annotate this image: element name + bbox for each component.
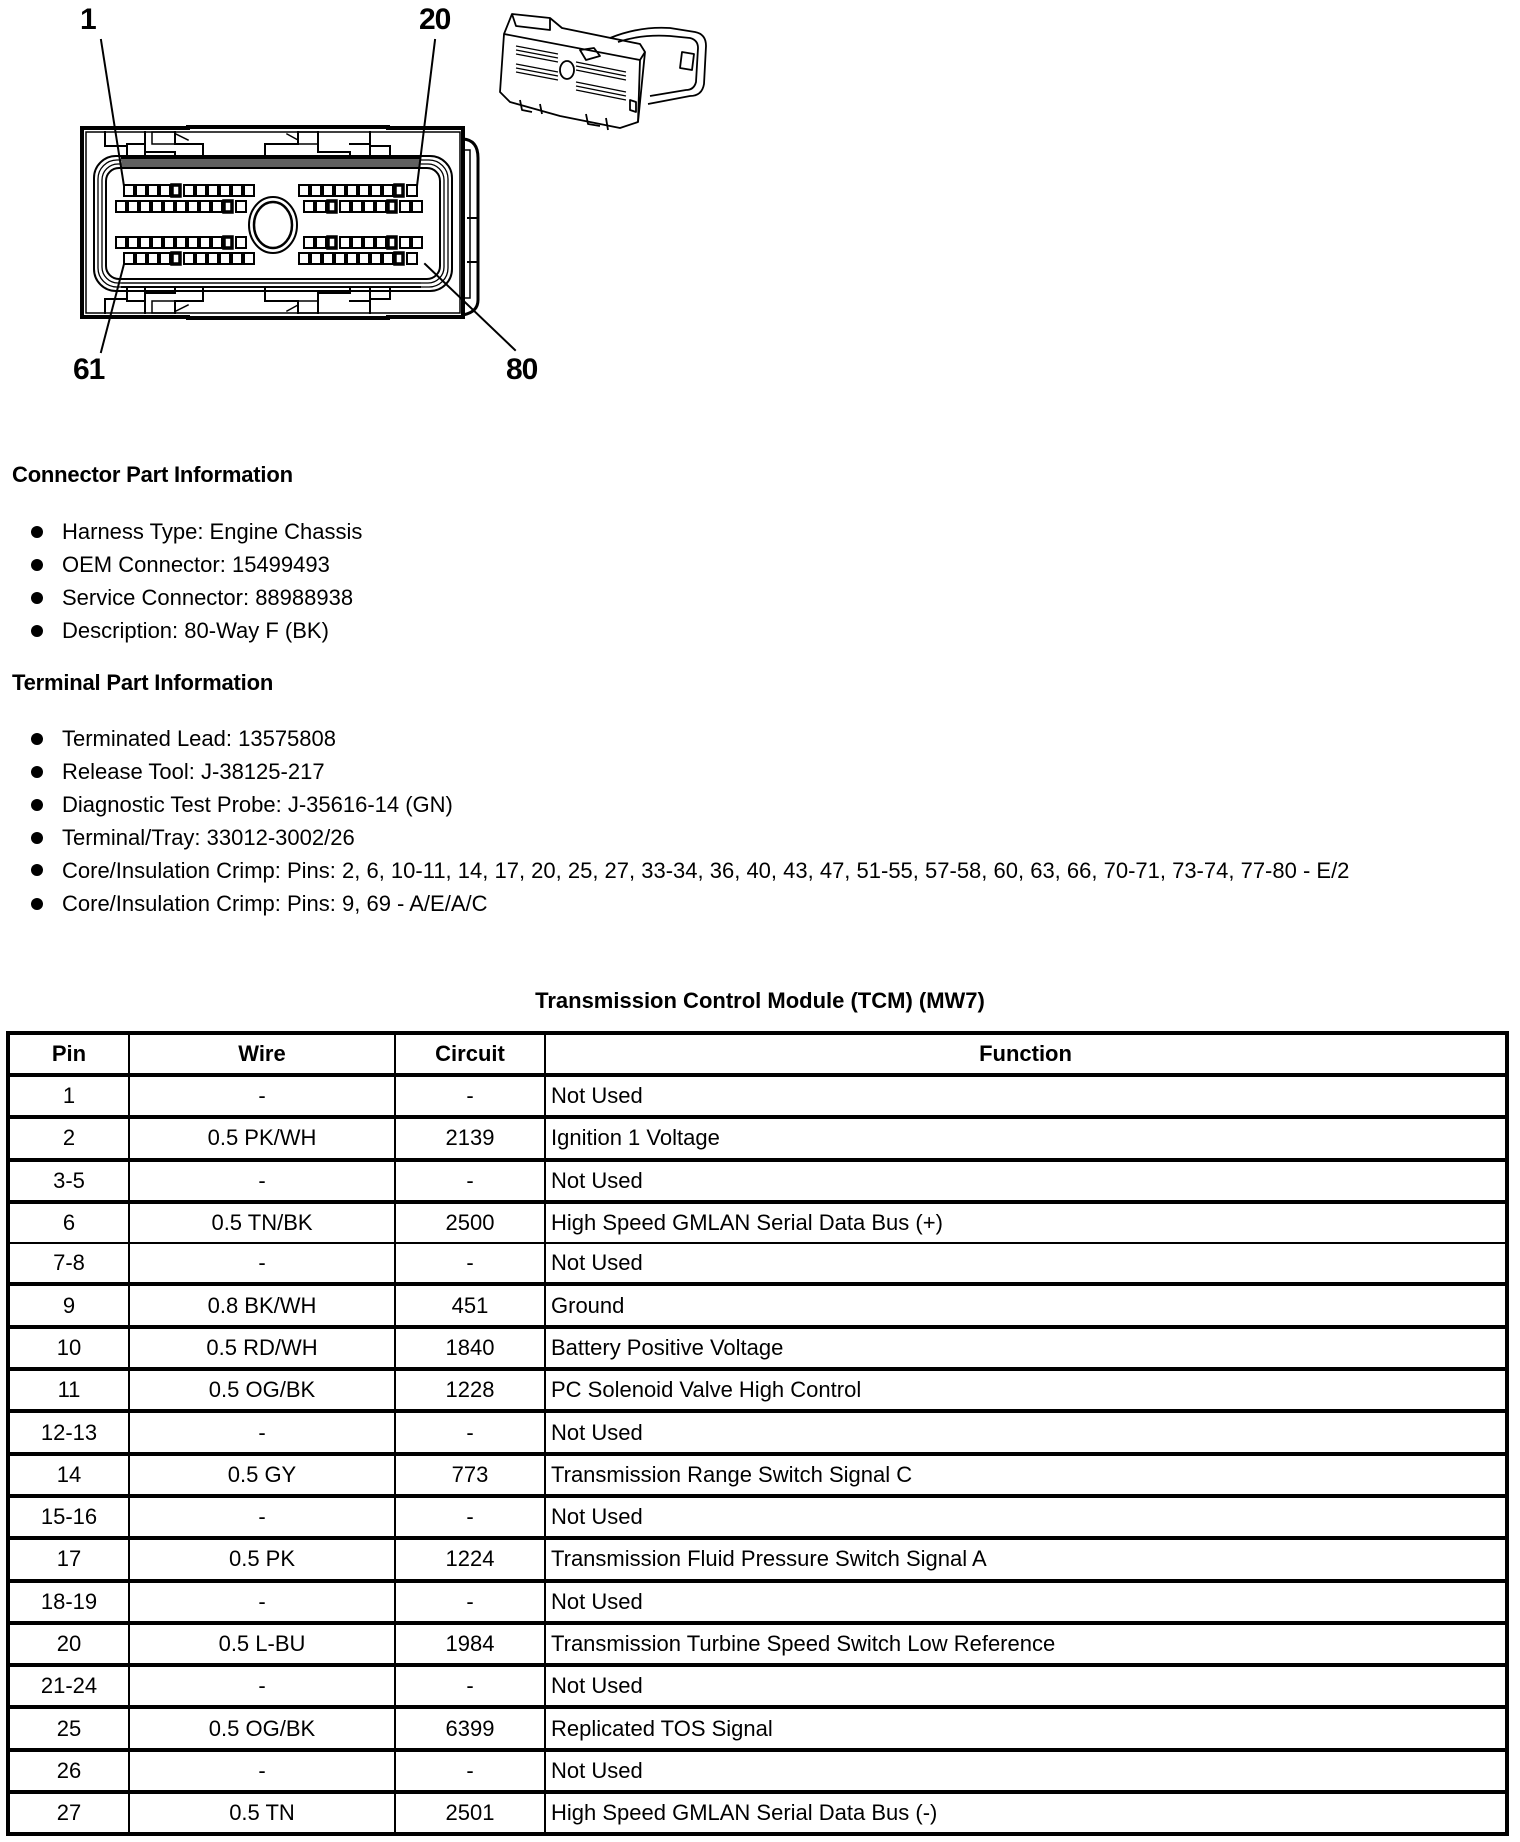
cell-pin: 2: [8, 1117, 129, 1159]
cell-function: PC Solenoid Valve High Control: [545, 1369, 1507, 1411]
cell-function: High Speed GMLAN Serial Data Bus (-): [545, 1792, 1507, 1834]
cell-pin: 27: [8, 1792, 129, 1834]
cell-pin: 1: [8, 1075, 129, 1117]
connector-perspective-icon: [490, 4, 710, 144]
cell-function: Not Used: [545, 1750, 1507, 1792]
cell-wire: -: [129, 1243, 395, 1284]
bullet-icon: [31, 766, 43, 778]
pinout-table: Pin Wire Circuit Function 1--Not Used20.…: [6, 1031, 1509, 1836]
cell-function: Transmission Turbine Speed Switch Low Re…: [545, 1623, 1507, 1665]
cell-circuit: -: [395, 1160, 545, 1202]
bullet-icon: [31, 625, 43, 637]
list-item-text: OEM Connector: 15499493: [62, 552, 330, 577]
cell-circuit: 1228: [395, 1369, 545, 1411]
cell-function: Not Used: [545, 1243, 1507, 1284]
bullet-icon: [31, 832, 43, 844]
cell-wire: 0.5 TN: [129, 1792, 395, 1834]
cell-function: Not Used: [545, 1581, 1507, 1623]
table-row: 18-19--Not Used: [8, 1581, 1507, 1623]
table-row: 250.5 OG/BK6399Replicated TOS Signal: [8, 1707, 1507, 1749]
connector-part-info-list: Harness Type: Engine ChassisOEM Connecto…: [0, 515, 1492, 647]
cell-circuit: -: [395, 1243, 545, 1284]
cell-function: Not Used: [545, 1160, 1507, 1202]
list-item-text: Core/Insulation Crimp: Pins: 2, 6, 10-11…: [62, 858, 1349, 883]
cell-wire: 0.5 L-BU: [129, 1623, 395, 1665]
table-row: 90.8 BK/WH451Ground: [8, 1284, 1507, 1326]
list-item-text: Service Connector: 88988938: [62, 585, 353, 610]
cell-pin: 15-16: [8, 1496, 129, 1538]
cell-function: Not Used: [545, 1665, 1507, 1707]
cell-function: Transmission Fluid Pressure Switch Signa…: [545, 1538, 1507, 1580]
cell-pin: 6: [8, 1202, 129, 1243]
table-row: 60.5 TN/BK2500High Speed GMLAN Serial Da…: [8, 1202, 1507, 1243]
table-row: 200.5 L-BU1984Transmission Turbine Speed…: [8, 1623, 1507, 1665]
callout-pin-20: 20: [419, 5, 450, 35]
connector-diagram: 1 20 61 80: [0, 0, 760, 400]
table-row: 7-8--Not Used: [8, 1243, 1507, 1284]
list-item-text: Harness Type: Engine Chassis: [62, 519, 362, 544]
cell-pin: 12-13: [8, 1411, 129, 1453]
cell-pin: 11: [8, 1369, 129, 1411]
cell-function: Not Used: [545, 1075, 1507, 1117]
cell-pin: 26: [8, 1750, 129, 1792]
cell-circuit: 1224: [395, 1538, 545, 1580]
cell-wire: -: [129, 1750, 395, 1792]
cell-function: Ground: [545, 1284, 1507, 1326]
cell-wire: 0.5 GY: [129, 1454, 395, 1496]
cell-wire: -: [129, 1411, 395, 1453]
terminal-part-info-heading: Terminal Part Information: [12, 670, 273, 696]
list-item-text: Diagnostic Test Probe: J-35616-14 (GN): [62, 792, 453, 817]
cell-pin: 25: [8, 1707, 129, 1749]
cell-wire: 0.5 OG/BK: [129, 1369, 395, 1411]
cell-circuit: 451: [395, 1284, 545, 1326]
table-row: 26--Not Used: [8, 1750, 1507, 1792]
list-item: Core/Insulation Crimp: Pins: 9, 69 - A/E…: [0, 887, 1492, 920]
column-header-function: Function: [545, 1033, 1507, 1075]
column-header-pin: Pin: [8, 1033, 129, 1075]
cell-pin: 10: [8, 1327, 129, 1369]
list-item-text: Terminal/Tray: 33012-3002/26: [62, 825, 355, 850]
cell-circuit: -: [395, 1665, 545, 1707]
list-item-text: Release Tool: J-38125-217: [62, 759, 325, 784]
cell-wire: -: [129, 1075, 395, 1117]
table-row: 100.5 RD/WH1840Battery Positive Voltage: [8, 1327, 1507, 1369]
table-row: 110.5 OG/BK1228PC Solenoid Valve High Co…: [8, 1369, 1507, 1411]
cell-pin: 21-24: [8, 1665, 129, 1707]
callout-pin-80: 80: [506, 355, 537, 385]
callout-pin-61: 61: [73, 355, 104, 385]
cell-pin: 7-8: [8, 1243, 129, 1284]
cell-wire: 0.5 TN/BK: [129, 1202, 395, 1243]
table-row: 20.5 PK/WH2139Ignition 1 Voltage: [8, 1117, 1507, 1159]
bullet-icon: [31, 898, 43, 910]
cell-circuit: 2501: [395, 1792, 545, 1834]
cell-circuit: 2500: [395, 1202, 545, 1243]
list-item: Diagnostic Test Probe: J-35616-14 (GN): [0, 788, 1492, 821]
list-item: Core/Insulation Crimp: Pins: 2, 6, 10-11…: [0, 854, 1492, 887]
cell-wire: 0.5 OG/BK: [129, 1707, 395, 1749]
connector-part-info-heading: Connector Part Information: [12, 462, 293, 488]
list-item: Release Tool: J-38125-217: [0, 755, 1492, 788]
cell-circuit: -: [395, 1411, 545, 1453]
cell-wire: 0.5 PK/WH: [129, 1117, 395, 1159]
cell-wire: 0.5 RD/WH: [129, 1327, 395, 1369]
cell-function: Ignition 1 Voltage: [545, 1117, 1507, 1159]
column-header-circuit: Circuit: [395, 1033, 545, 1075]
list-item: Service Connector: 88988938: [0, 581, 1492, 614]
table-row: 270.5 TN2501High Speed GMLAN Serial Data…: [8, 1792, 1507, 1834]
cell-function: High Speed GMLAN Serial Data Bus (+): [545, 1202, 1507, 1243]
table-row: 3-5--Not Used: [8, 1160, 1507, 1202]
cell-pin: 14: [8, 1454, 129, 1496]
cell-pin: 3-5: [8, 1160, 129, 1202]
bullet-icon: [31, 733, 43, 745]
bullet-icon: [31, 526, 43, 538]
bullet-icon: [31, 592, 43, 604]
table-row: 1--Not Used: [8, 1075, 1507, 1117]
cell-wire: -: [129, 1160, 395, 1202]
cell-function: Battery Positive Voltage: [545, 1327, 1507, 1369]
cell-function: Not Used: [545, 1411, 1507, 1453]
table-title: Transmission Control Module (TCM) (MW7): [0, 988, 1520, 1014]
bullet-icon: [31, 864, 43, 876]
table-row: 140.5 GY773Transmission Range Switch Sig…: [8, 1454, 1507, 1496]
cell-pin: 20: [8, 1623, 129, 1665]
cell-circuit: 2139: [395, 1117, 545, 1159]
cell-pin: 17: [8, 1538, 129, 1580]
cell-pin: 18-19: [8, 1581, 129, 1623]
list-item-text: Terminated Lead: 13575808: [62, 726, 336, 751]
list-item: Description: 80-Way F (BK): [0, 614, 1492, 647]
cell-circuit: 1840: [395, 1327, 545, 1369]
list-item: Terminated Lead: 13575808: [0, 722, 1492, 755]
cell-wire: -: [129, 1665, 395, 1707]
cell-wire: 0.8 BK/WH: [129, 1284, 395, 1326]
list-item: Harness Type: Engine Chassis: [0, 515, 1492, 548]
terminal-part-info-list: Terminated Lead: 13575808Release Tool: J…: [0, 722, 1492, 920]
cell-function: Replicated TOS Signal: [545, 1707, 1507, 1749]
cell-circuit: 6399: [395, 1707, 545, 1749]
bullet-icon: [31, 799, 43, 811]
table-row: 12-13--Not Used: [8, 1411, 1507, 1453]
list-item: Terminal/Tray: 33012-3002/26: [0, 821, 1492, 854]
cell-circuit: -: [395, 1750, 545, 1792]
column-header-wire: Wire: [129, 1033, 395, 1075]
cell-function: Transmission Range Switch Signal C: [545, 1454, 1507, 1496]
cell-wire: -: [129, 1496, 395, 1538]
cell-wire: -: [129, 1581, 395, 1623]
cell-circuit: -: [395, 1075, 545, 1117]
table-row: 15-16--Not Used: [8, 1496, 1507, 1538]
cell-circuit: -: [395, 1496, 545, 1538]
cell-circuit: -: [395, 1581, 545, 1623]
list-item: OEM Connector: 15499493: [0, 548, 1492, 581]
list-item-text: Core/Insulation Crimp: Pins: 9, 69 - A/E…: [62, 891, 488, 916]
cell-function: Not Used: [545, 1496, 1507, 1538]
cell-pin: 9: [8, 1284, 129, 1326]
callout-pin-1: 1: [80, 5, 96, 35]
table-row: 21-24--Not Used: [8, 1665, 1507, 1707]
list-item-text: Description: 80-Way F (BK): [62, 618, 329, 643]
cell-wire: 0.5 PK: [129, 1538, 395, 1580]
table-row: 170.5 PK1224Transmission Fluid Pressure …: [8, 1538, 1507, 1580]
table-header-row: Pin Wire Circuit Function: [8, 1033, 1507, 1075]
cell-circuit: 773: [395, 1454, 545, 1496]
bullet-icon: [31, 559, 43, 571]
cell-circuit: 1984: [395, 1623, 545, 1665]
